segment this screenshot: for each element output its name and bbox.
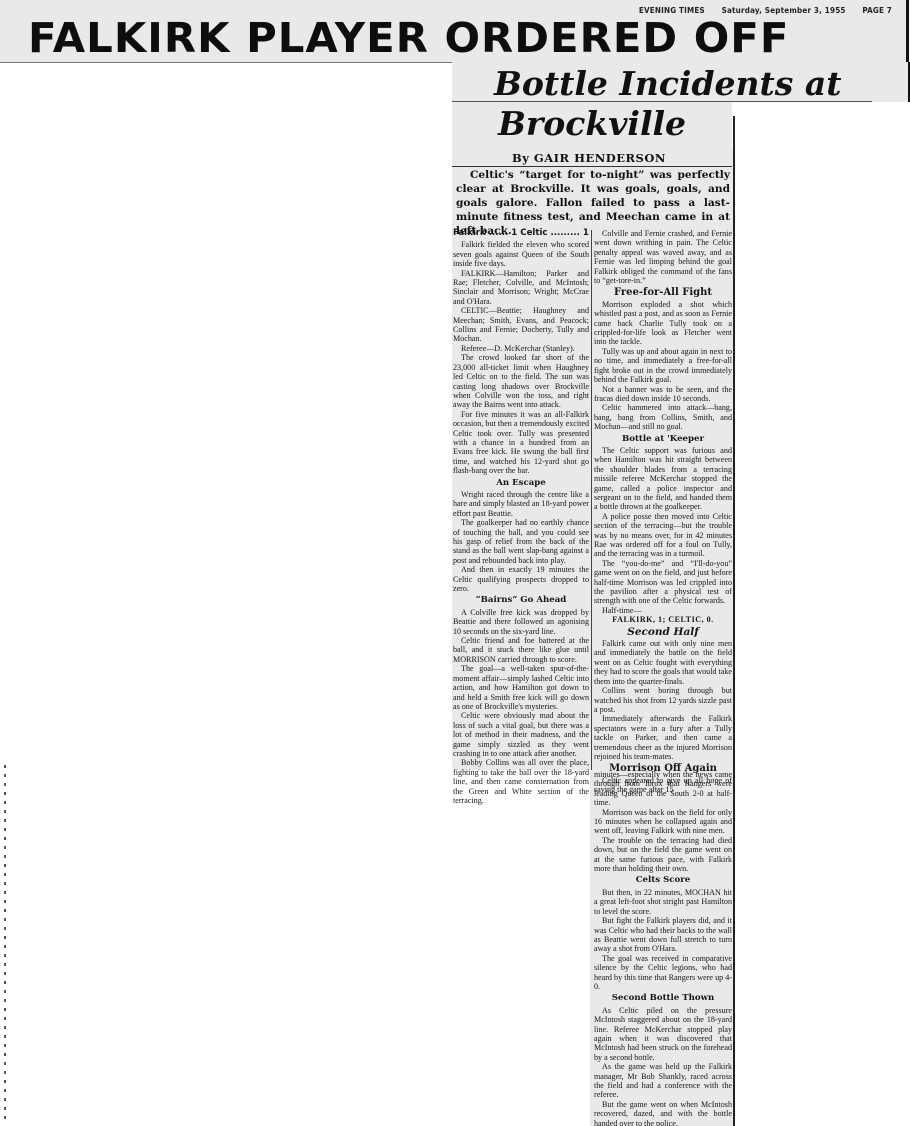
referee: Referee—D. McKerchar (Stanley).: [453, 344, 589, 353]
scan-edge-dots: [4, 765, 6, 1121]
byline-rule: [452, 166, 732, 167]
halftime-score: FALKIRK, 1; CELTIC, 0.: [594, 615, 732, 624]
right-border: [733, 116, 735, 1126]
score-line: Falkirk ...... 1 Celtic ......... 1: [453, 229, 589, 238]
subhead-free-for-all-fight: Free-for-All Fight: [594, 288, 732, 297]
headline: FALKIRK PLAYER ORDERED OFF: [28, 14, 789, 62]
paragraph: Morrison exploded a shot which whistled …: [594, 300, 732, 347]
paragraph: The goal—a well-taken spur-of-the-moment…: [453, 664, 589, 711]
paragraph: A police posse then moved into Celtic se…: [594, 512, 732, 559]
paragraph: Not a banner was to be seen, and the fra…: [594, 385, 732, 404]
paragraph: Celtic were obviously mad about the loss…: [453, 711, 589, 758]
paragraph: The goal was received in comparative sil…: [594, 954, 732, 992]
paragraph: Collins went boring through but watched …: [594, 686, 732, 714]
byline: By GAIR HENDERSON: [512, 151, 666, 165]
paragraph: The goalkeeper had no earthly chance of …: [453, 518, 589, 565]
column-c: minutes—especially when the news came th…: [594, 770, 732, 1126]
paragraph: The trouble on the terracing had died do…: [594, 836, 732, 874]
paragraph: minutes—especially when the news came th…: [594, 770, 732, 808]
paragraph: Half-time—: [594, 606, 732, 615]
paragraph: A Colville free kick was dropped by Beat…: [453, 608, 589, 636]
headline-rule: [0, 62, 452, 63]
masthead-page: PAGE 7: [862, 6, 892, 15]
paragraph: The crowd looked far short of the 23,000…: [453, 353, 589, 409]
deck-rule: [452, 101, 872, 102]
paragraph: Falkirk came out with only nine men and …: [594, 639, 732, 686]
paragraph: Colville and Fernie crashed, and Fernie …: [594, 229, 732, 285]
column-a: Falkirk ...... 1 Celtic ......... 1 Falk…: [453, 229, 589, 805]
column-b: Colville and Fernie crashed, and Fernie …: [594, 229, 732, 795]
paragraph: Tully was up and about again in next to …: [594, 347, 732, 385]
paragraph: The “you-do-me” and “I'll-do-you” game w…: [594, 559, 732, 606]
subhead-an-escape: An Escape: [453, 479, 589, 488]
paragraph: Bobby Collins was all over the place, fi…: [453, 758, 589, 805]
paragraph: For five minutes it was an all-Falkirk o…: [453, 410, 589, 476]
paragraph: Celtic hammered into attack—bang, bang, …: [594, 403, 732, 431]
subhead-celts-score: Celts Score: [594, 876, 732, 885]
paragraph: Morrison was back on the field for only …: [594, 808, 732, 836]
subhead-bairns-go-ahead: “Bairns” Go Ahead: [453, 596, 589, 605]
paragraph: And then in exactly 19 minutes the Celti…: [453, 565, 589, 593]
paragraph: As the game was held up the Falkirk mana…: [594, 1062, 732, 1100]
deck-line-1: Bottle Incidents at: [494, 64, 841, 103]
subhead-second-bottle-thown: Second Bottle Thown: [594, 994, 732, 1003]
paragraph: The Celtic support was furious and when …: [594, 446, 732, 512]
subhead-second-half: Second Half: [594, 628, 732, 637]
paragraph: Immediately afterwards the Falkirk spect…: [594, 714, 732, 761]
paragraph: But then, in 22 minutes, MOCHAN hit a gr…: [594, 888, 732, 916]
deck-line-2: Brockville: [498, 104, 686, 143]
paragraph: Falkirk fielded the eleven who scored se…: [453, 240, 589, 268]
column-divider: [591, 230, 592, 770]
paragraph: Celtic friend and foe battered at the ba…: [453, 636, 589, 664]
paragraph: Wright raced through the centre like a h…: [453, 490, 589, 518]
paragraph: But fight the Falkirk players did, and i…: [594, 916, 732, 954]
paragraph: But the game went on when McIntosh recov…: [594, 1100, 732, 1126]
subhead-bottle-at-keeper: Bottle at 'Keeper: [594, 435, 732, 444]
team-falkirk: FALKIRK—Hamilton; Parker and Rae; Fletch…: [453, 269, 589, 307]
team-celtic: CELTIC—Beattie; Haughney and Meechan; Sm…: [453, 306, 589, 344]
paragraph: As Celtic piled on the pressure McIntosh…: [594, 1006, 732, 1062]
